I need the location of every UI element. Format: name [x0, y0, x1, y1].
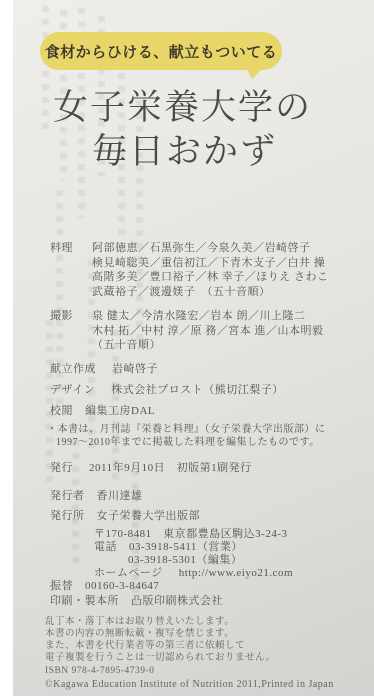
printer-label: 印刷・製本所	[50, 594, 119, 609]
menu-planning-value: 岩崎啓子	[112, 362, 158, 377]
book-title-line1: 女子栄養大学の	[53, 80, 312, 130]
spacer	[85, 489, 97, 504]
menu-planning-label: 献立作成	[50, 362, 96, 377]
publishing-office-row: 発行所 女子栄養大学出版部	[50, 509, 200, 524]
design-label: デザイン	[50, 383, 95, 398]
spacer	[163, 566, 179, 581]
spacer	[73, 461, 89, 476]
cooking-line-1: 阿部徳恵／石黒弥生／今泉久美／岩崎啓子	[92, 241, 329, 256]
cooking-credits-block: 料理 阿部徳恵／石黒弥生／今泉久美／岩崎啓子 検見崎聡美／重信初江／下青木支子／…	[50, 241, 329, 299]
speech-bubble-tail-icon	[245, 65, 266, 79]
photography-line-3: （五十音順）	[92, 338, 324, 353]
legal-line-4: 電子複製を行うことは一切認められておりません。	[45, 652, 276, 664]
spacer	[85, 509, 97, 524]
photography-line-2: 木村 拓／中村 淳／原 務／宮本 進／山本明毅	[92, 324, 324, 339]
spacer	[73, 309, 92, 353]
legal-notice: 乱丁本・落丁本はお取り替えいたします。 本書の内容の無断転載・複写を禁じます。 …	[45, 616, 276, 664]
issue-row: 発行 2011年9月10日 初版第1刷発行	[50, 461, 252, 476]
catchphrase-bubble: 食材からひける、献立もついてる	[40, 32, 282, 70]
cooking-line-4: 武蔵裕子／渡邊媄子 （五十音順）	[92, 285, 329, 300]
design-value: 株式会社プロスト（熊切江梨子）	[111, 383, 284, 398]
legal-line-1: 乱丁本・落丁本はお取り替えいたします。	[45, 616, 276, 628]
spacer	[73, 241, 92, 299]
proofreading-row: 校閲 編集工房DAL	[50, 404, 155, 419]
photography-line-1: 泉 健太／今清水隆宏／岩本 朗／川上隆二	[92, 309, 324, 324]
printer-value: 凸版印刷株式会社	[131, 594, 223, 609]
publisher-value: 香川達雄	[97, 489, 143, 504]
issue-label: 発行	[50, 461, 73, 476]
photography-label: 撮影	[50, 309, 73, 353]
postal-transfer-row: 振替 00160-3-84647	[50, 579, 159, 594]
catchphrase-text: 食材からひける、献立もついてる	[45, 41, 278, 62]
legal-line-2: 本書の内容の無断転載・複写を禁じます。	[45, 628, 276, 640]
ghost-showthrough-text	[72, 440, 79, 570]
source-note-line-2: 1997～2010年までに掲載した料理を編集したものです。	[47, 436, 326, 449]
design-row: デザイン 株式会社プロスト（熊切江梨子）	[50, 383, 284, 398]
proofreading-label: 校閲	[50, 404, 73, 419]
photography-credits-block: 撮影 泉 健太／今清水隆宏／岩本 朗／川上隆二 木村 拓／中村 淳／原 務／宮本…	[50, 309, 324, 353]
spacer	[73, 404, 85, 419]
publisher-row: 発行者 香川達雄	[50, 489, 143, 504]
ghost-showthrough-text	[42, 6, 49, 136]
copyright: ©Kagawa Education Institute of Nutrition…	[45, 679, 334, 691]
cooking-line-3: 高階多美／豊口裕子／林 幸子／ほりえ さわこ	[92, 270, 329, 285]
ghost-showthrough-text	[56, 190, 63, 410]
spacer	[95, 383, 111, 398]
publishing-office-value: 女子栄養大学出版部	[97, 509, 201, 524]
spacer	[96, 362, 112, 377]
isbn: ISBN 978-4-7895-4739-0	[45, 665, 154, 677]
printer-row: 印刷・製本所 凸版印刷株式会社	[50, 594, 223, 609]
publishing-office-label: 発行所	[50, 509, 85, 524]
issue-value: 2011年9月10日 初版第1刷発行	[89, 461, 252, 476]
legal-line-3: また、本書を代行業者等の第三者に依頼して	[45, 640, 276, 652]
cooking-line-2: 検見崎聡美／重信初江／下青木支子／白井 操	[92, 256, 329, 271]
phone-label: 電話	[94, 540, 117, 555]
homepage-url: http://www.eiyo21.com	[179, 566, 293, 581]
source-note-line-1: ・本書は、月刊誌『栄養と料理』（女子栄養大学出版部）に	[47, 423, 326, 436]
publisher-label: 発行者	[50, 489, 85, 504]
spacer	[119, 594, 131, 609]
postal-transfer-value: 00160-3-84647	[85, 579, 159, 594]
menu-planning-row: 献立作成 岩崎啓子	[50, 362, 158, 377]
cooking-label: 料理	[50, 241, 73, 299]
book-title-line2: 毎日おかず	[92, 124, 277, 174]
postal-transfer-label: 振替	[50, 579, 73, 594]
source-note: ・本書は、月刊誌『栄養と料理』（女子栄養大学出版部）に 1997～2010年まで…	[47, 423, 326, 449]
photography-name-lines: 泉 健太／今清水隆宏／岩本 朗／川上隆二 木村 拓／中村 淳／原 務／宮本 進／…	[92, 309, 324, 353]
cooking-name-lines: 阿部徳恵／石黒弥生／今泉久美／岩崎啓子 検見崎聡美／重信初江／下青木支子／白井 …	[92, 241, 329, 299]
spacer	[73, 579, 85, 594]
proofreading-value: 編集工房DAL	[85, 404, 155, 419]
